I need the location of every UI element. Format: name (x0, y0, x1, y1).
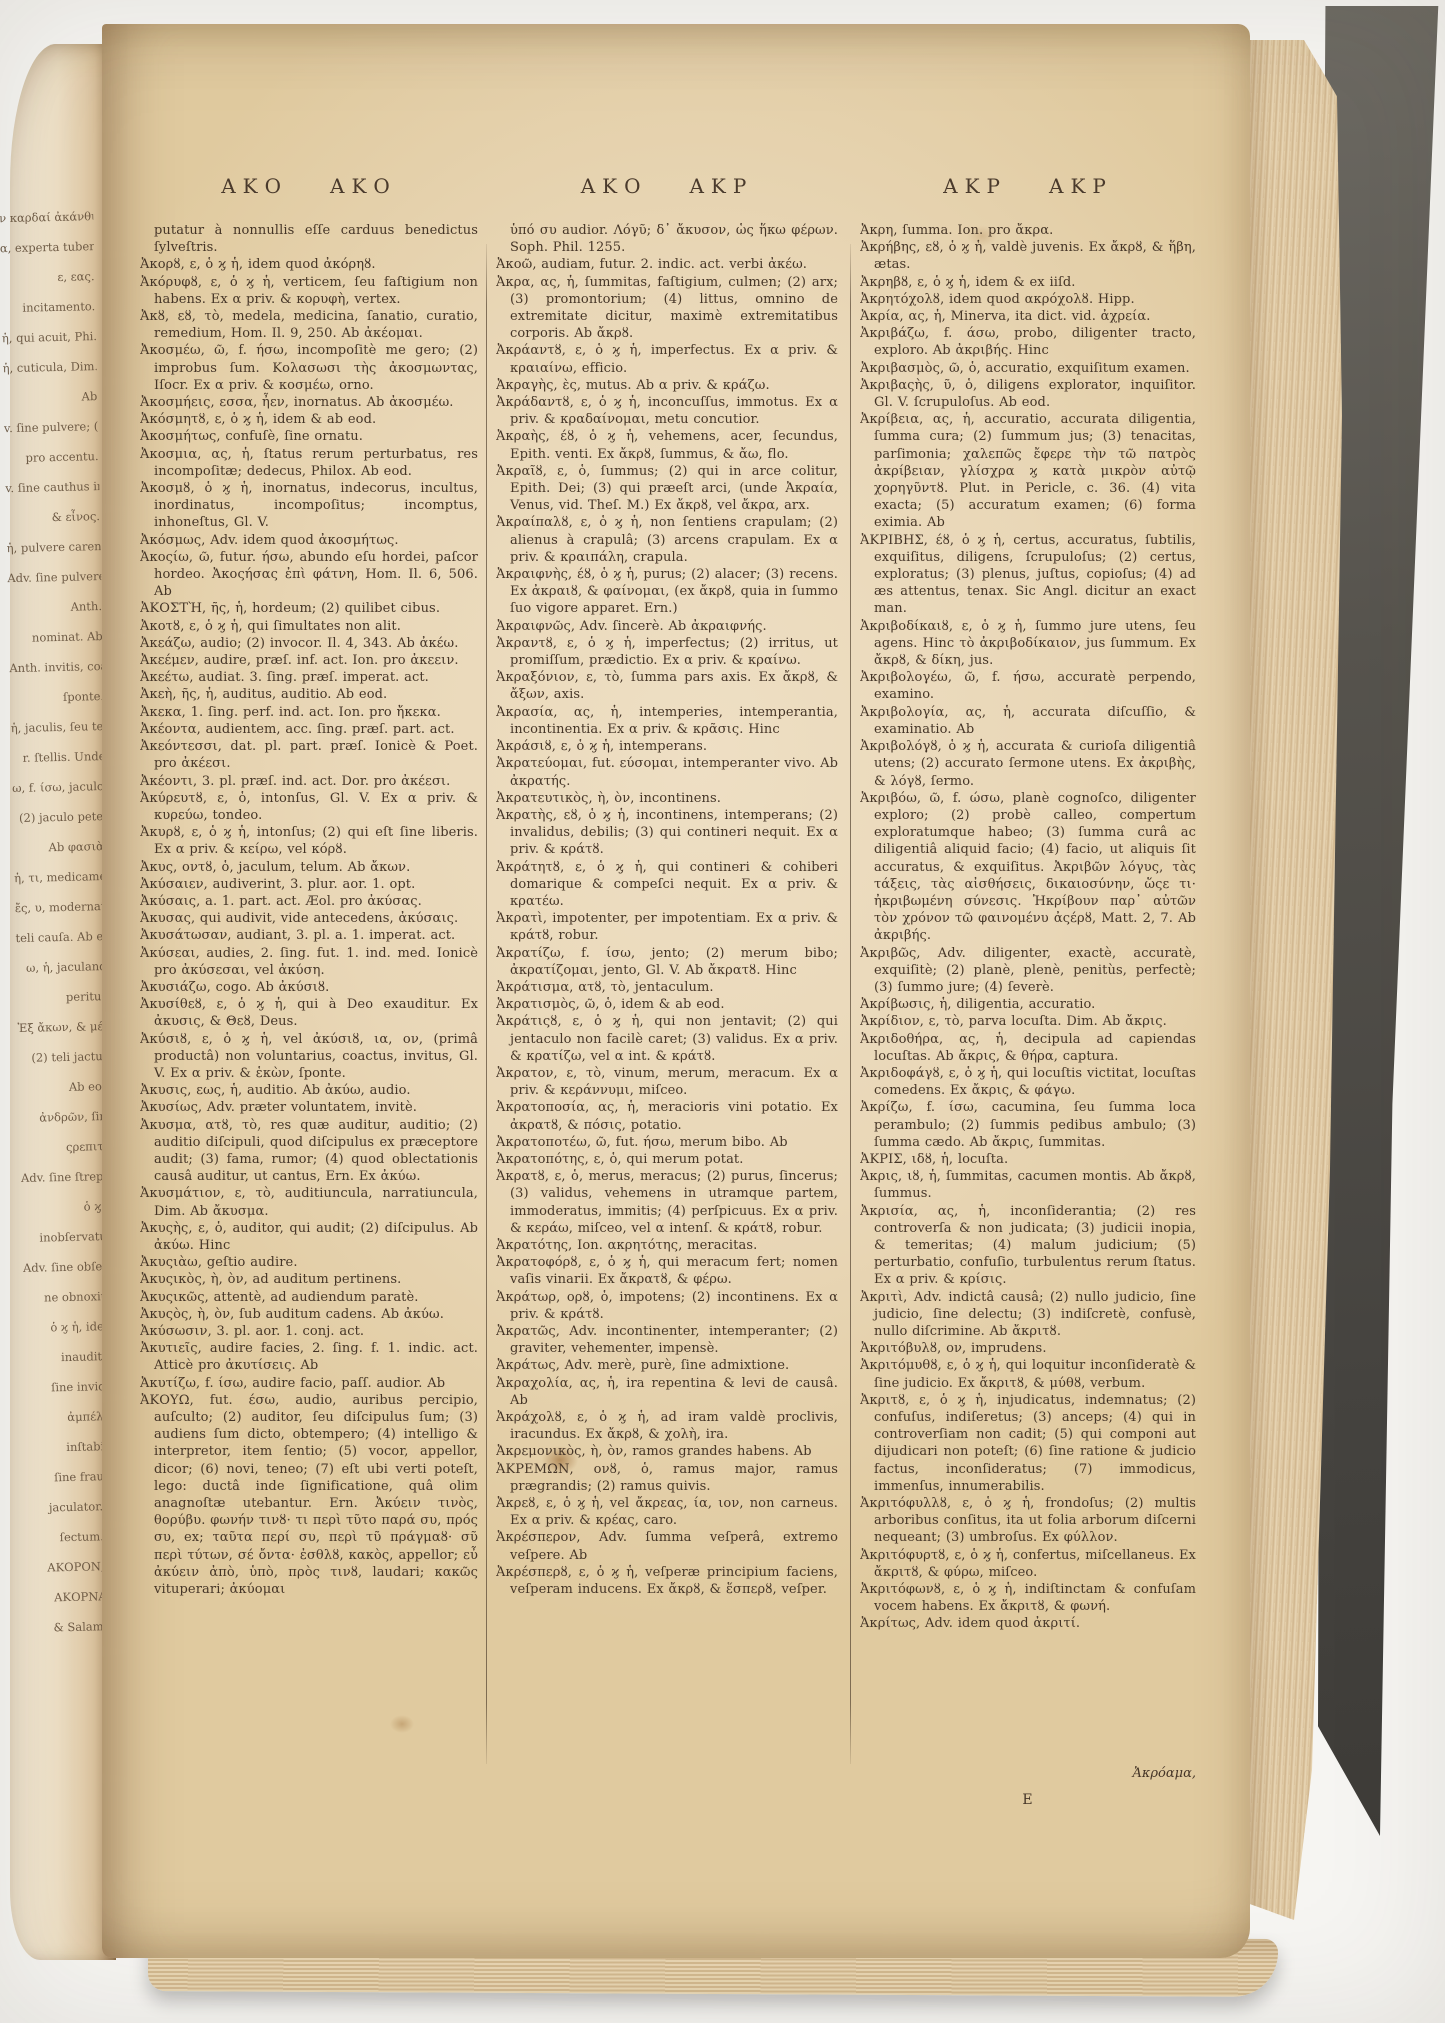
running-head-text: ΑΚΟ (581, 174, 648, 198)
dictionary-entry: Ἀκεάζω, audio; (2) invocor. Il. 4, 343. … (140, 635, 478, 652)
dictionary-entry: Ἀκυς, οντȣ, ὁ, jaculum, telum. Ab ἄκων. (140, 859, 478, 876)
dictionary-entry: Ἀκυςικῶς, attentè, ad audiendum paratè. (140, 1289, 478, 1306)
dictionary-entry: Ἀκρα, ας, ἡ, ſummitas, faſtigium, culmen… (496, 274, 838, 343)
dictionary-entry: Ἀκριβολογία, ας, ἡ, accurata diſcuſſio, … (860, 704, 1196, 738)
dictionary-entry: Ἀκράτως, Adv. merè, purè, ſine admixtion… (496, 1357, 838, 1374)
cutoff-text-fragment: ω, ἡ, jaculandi (16, 951, 111, 983)
dictionary-entry: Ἀκεκα, 1. ſing. perf. ind. act. Ion. pro… (140, 704, 478, 721)
dictionary-entry: Ἀκύσιȣ, ε, ὁ ϗ ἡ, vel ἀκύσιȣ, ια, ον, (p… (140, 1031, 478, 1083)
cutoff-text-fragment: nominat. Ab (8, 621, 103, 653)
dictionary-entry: Ἀκρατὶ, impotenter, per impotentiam. Ex … (496, 910, 838, 944)
dictionary-entry: Ἀκρίζω, f. ίσω, cacumina, ſeu ſumma loca… (860, 1099, 1196, 1151)
dictionary-entry: Ἀκρατὴς, εȣ, ὁ ϗ ἡ, incontinens, intempe… (496, 807, 838, 859)
cutoff-text-fragment: r. ſtellis. Unde (11, 741, 106, 773)
dictionary-entry: Ἀκυσμάτιον, ε, τὸ, auditiuncula, narrati… (140, 1185, 478, 1219)
dictionary-entry: Ἀκοσμήεις, εσσα, ἦεν, inornatus. Ab ἀκοσ… (140, 394, 478, 411)
dictionary-entry: Ἀκυςὴς, ε, ὁ, auditor, qui audit; (2) di… (140, 1220, 478, 1254)
dictionary-entry: Ἀκέοντι, 3. pl. præſ. ind. act. Dor. pro… (140, 773, 478, 790)
cutoff-text-fragment: ἔς, υ, modernatum. (15, 891, 110, 923)
dictionary-entry: Ἀκοτȣ, ε, ὁ ϗ ἡ, qui ſimultates non alit… (140, 618, 478, 635)
dictionary-entry: Ἀκόρυφȣ, ε, ὁ ϗ ἡ, verticem, ſeu faſtigi… (140, 274, 478, 308)
dictionary-entry: Ἀκράαντȣ, ε, ὁ ϗ ἡ, imperfectus. Ex α pr… (496, 342, 838, 376)
dictionary-entry: Ἀκριτόβυλȣ, ον, imprudens. (860, 1340, 1196, 1357)
running-head-text: ΑΚΟ (330, 174, 397, 198)
dictionary-entry: Ἀκȣ, εȣ, τὸ, medela, medicina, ſanatio, … (140, 308, 478, 342)
dictionary-entry: Ἀκρίδιον, ε, τὸ, parva locuſta. Dim. Ab … (860, 1013, 1196, 1030)
dictionary-entry: Ἀκραιφνῶς, Adv. ſincerè. Ab ἀκραιφνής. (496, 618, 838, 635)
dictionary-entry: Ἀκρεȣ, ε, ὁ ϗ ἡ, vel ἄκρεας, ία, ιον, no… (496, 1495, 838, 1529)
dictionary-entry: Ἀκρατεύομαι, fut. εύσομαι, intemperanter… (496, 755, 838, 789)
cutoff-text-fragment: incitamento. (1, 291, 96, 323)
running-head-3: ΑΚΡ ΑΚΡ (860, 174, 1196, 198)
dictionary-entry: Ἀκρατῶς, Adv. incontinenter, intemperant… (496, 1323, 838, 1357)
dictionary-entry: Ἀκραξόνιον, ε, τὸ, ſumma pars axis. Ex ἄ… (496, 669, 838, 703)
cutoff-text-fragment: ἡ, qui acuit, Phi. intir. (2, 321, 97, 353)
dictionary-entry: Ἀκρατοφόρȣ, ε, ὁ ϗ ἡ, qui meracum fert; … (496, 1254, 838, 1288)
dictionary-entry: Ἀκυσμα, ατȣ, τὸ, res quæ auditur, auditi… (140, 1117, 478, 1186)
cutoff-text-fragment: ſponte. (10, 681, 105, 713)
dictionary-entry: Ἀκόσμητȣ, ε, ὁ ϗ ἡ, idem & ab eod. (140, 411, 478, 428)
running-head-1: ΑΚΟ ΑΚΟ (140, 174, 478, 198)
dictionary-entry: Ἀκρίβεια, ας, ἡ, accuratio, accurata dil… (860, 411, 1196, 531)
cutoff-text-fragment: (2) jaculo pete. (12, 801, 107, 833)
dictionary-entry: Ἀκυρȣ, ε, ὁ ϗ ἡ, intonſus; (2) qui eſt ſ… (140, 824, 478, 858)
dictionary-entry: Ἀκραὴς, έȣ, ὁ ϗ ἡ, vehemens, acer, ſecun… (496, 428, 838, 462)
dictionary-entry: Ἀκρατȣ, ε, ὁ, merus, meracus; (2) purus,… (496, 1168, 838, 1237)
cutoff-text-fragment: ν καρδαί ἀκάνθινα (0, 201, 94, 233)
column-rule-1 (486, 244, 487, 1764)
cutoff-text-fragment: ἡ, cuticula, Dim. (2, 351, 97, 383)
dictionary-entry: Ἀκριδοθήρα, ας, ἡ, decipula ad capiendas… (860, 1031, 1196, 1065)
running-head-text: ΑΚΡ (943, 174, 1007, 198)
dictionary-entry: Ἀκρατοπότης, ε, ὁ, qui merum potat. (496, 1151, 838, 1168)
dictionary-entry: Ἀκρατον, ε, τὸ, vinum, merum, meracum. E… (496, 1065, 838, 1099)
dictionary-entry: Ἀκύσεαι, audies, 2. ſing. fut. 1. ind. m… (140, 945, 478, 979)
dictionary-entry: Ἀκυτίζω, f. ίσω, audire facio, paſſ. aud… (140, 1375, 478, 1392)
running-head-text: ΑΚΡ (1049, 174, 1113, 198)
dictionary-entry: Ἀκύσαις, a. 1. part. act. Æol. pro ἀκύσα… (140, 893, 478, 910)
dictionary-entry: Ἀκρηβȣ, ε, ὁ ϗ ἡ, idem & ex iiſd. (860, 274, 1196, 291)
dictionary-entry: Ἀκριβῶς, Adv. diligenter, exactè, accura… (860, 945, 1196, 997)
dictionary-entry: Ἀκράτιςȣ, ε, ὁ ϗ ἡ, qui non jentavit; (2… (496, 1013, 838, 1065)
dictionary-entry: Ἀκέοντα, audientem, acc. ſing. præſ. par… (140, 721, 478, 738)
dictionary-entry: Ἀκραῖȣ, ε, ὁ, ſummus; (2) qui in arce co… (496, 463, 838, 515)
dictionary-entry: Ἀκράχολȣ, ε, ὁ ϗ ἡ, ad iram valdè procli… (496, 1409, 838, 1443)
dictionary-entry: Ἀκρατότης, Ion. ακρητότης, meracitas. (496, 1237, 838, 1254)
dictionary-entry: Ἀκρία, ας, ἡ, Minerva, ita dict. vid. ἀχ… (860, 308, 1196, 325)
column-1: putatur à nonnullis eſſe carduus benedic… (140, 222, 478, 1742)
running-head-text: ΑΚΟ (221, 174, 288, 198)
cutoff-text-fragment: ἡ, τι, medicamentum. (14, 861, 109, 893)
main-page: ΑΚΟ ΑΚΟ ΑΚΟ ΑΚΡ ΑΚΡ ΑΚΡ putatur à nonnul… (102, 24, 1250, 1958)
dictionary-entry: Ἀκράτωρ, ορȣ, ὁ, impotens; (2) incontine… (496, 1289, 838, 1323)
dictionary-entry: ἈΚΡΙΒΗΣ, έȣ, ὁ ϗ ἡ, certus, accuratus, ſ… (860, 532, 1196, 618)
dictionary-entry: Ἀκρίβωσις, ἡ, diligentia, accuratio. (860, 996, 1196, 1013)
dictionary-entry: Ἀκραγὴς, ὲς, mutus. Ab α priv. & κράζω. (496, 377, 838, 394)
dictionary-entry: ἈΚΡΕΜΩΝ, ονȣ, ὁ, ramus major, ramus præg… (496, 1461, 838, 1495)
dictionary-entry: Ἀκοσμέω, ῶ, f. ήσω, incompoſitè me gero;… (140, 342, 478, 394)
dictionary-entry: Ἀκεέμεν, audire, præſ. inf. act. Ion. pr… (140, 652, 478, 669)
dictionary-entry: Ἀκοσμια, ας, ἡ, ſtatus rerum perturbatus… (140, 446, 478, 480)
dictionary-entry: Ἀκυσάτωσαν, audiant, 3. pl. a. 1. impera… (140, 927, 478, 944)
dictionary-entry: Ἀκυσιάζω, cogo. Ab ἀκύσιȣ. (140, 979, 478, 996)
dictionary-entry: Ἀκριβολόγȣ, ὁ ϗ ἡ, accurata & curioſa di… (860, 738, 1196, 790)
dictionary-entry: Ἀκοῶ, audiam, futur. 2. indic. act. verb… (496, 256, 838, 273)
dictionary-entry: Ἀκριβολογέω, ῶ, f. ήσω, accuratè perpend… (860, 669, 1196, 703)
dictionary-entry: Ἀκρήβης, εȣ, ὁ ϗ ἡ, valdè juvenis. Ex ἄκ… (860, 239, 1196, 273)
dictionary-entry: ἈΚΡΙΣ, ιδȣ, ἡ, locuſta. (860, 1151, 1196, 1168)
dictionary-entry: Ἀκριτόμυθȣ, ε, ὁ ϗ ἡ, qui loquitur incon… (860, 1357, 1196, 1391)
cutoff-text-fragment: v. ſine pulvere; (1) (4, 411, 99, 443)
cutoff-text-fragment: peritus. (17, 981, 112, 1013)
running-head-text: ΑΚΡ (689, 174, 753, 198)
dictionary-entry: Ἀκραίπαλȣ, ε, ὁ ϗ ἡ, non ſentiens crapul… (496, 514, 838, 566)
catchword: Ἀκρόαμα, (860, 1766, 1196, 1781)
dictionary-entry: Ἀκεέτω, audiat. 3. ſing. præſ. imperat. … (140, 669, 478, 686)
dictionary-entry: Ἀκριβάζω, f. άσω, probo, diligenter trac… (860, 325, 1196, 359)
dictionary-entry: Ἀκράδαντȣ, ε, ὁ ϗ ἡ, inconcuſſus, immotu… (496, 394, 838, 428)
dictionary-entry: Ἀκρητόχολȣ, idem quod ακρόχολȣ. Hipp. (860, 291, 1196, 308)
dictionary-entry: Ἀκρη, ſumma. Ion. pro ἄκρα. (860, 222, 1196, 239)
dictionary-entry: Ἀκοςίω, ῶ, futur. ήσω, abundo eſu hordei… (140, 549, 478, 601)
cutoff-text-fragment: ςρεπιτυ. (20, 1131, 115, 1163)
dictionary-entry: Ἀκρέσπερον, Adv. ſumma veſperâ, extremo … (496, 1529, 838, 1563)
dictionary-entry: Ἀκρις, ιȣ, ἡ, ſummitas, cacumen montis. … (860, 1168, 1196, 1202)
dictionary-entry: Ἀκρασία, ας, ἡ, intemperies, intemperant… (496, 704, 838, 738)
cutoff-text-fragment: Ἐξ ἄκων, & μέλω. (17, 1011, 112, 1043)
dictionary-entry: Ἀκρατοποτέω, ῶ, fut. ήσω, merum bibo. Ab (496, 1134, 838, 1151)
dictionary-entry: Ἀκυτιεῖς, audire facies, 2. ſing. f. 1. … (140, 1340, 478, 1374)
dictionary-entry: ἈΚΟΥΩ, fut. έσω, audio, auribus percipio… (140, 1392, 478, 1598)
dictionary-entry: Ἀκρατοποσία, ας, ἡ, meracioris vini pota… (496, 1099, 838, 1133)
dictionary-entry: Ἀκρέσπερȣ, ε, ὁ ϗ ἡ, veſperæ principium … (496, 1564, 838, 1598)
cutoff-text-fragment: Ab φασιὰ. (13, 831, 108, 863)
cutoff-text-fragment: Ab eod. (19, 1071, 114, 1103)
signature-mark: E (860, 1792, 1196, 1808)
dictionary-entry: Ἀκριβασμὸς, ῶ, ὁ, accuratio, exquiſitum … (860, 360, 1196, 377)
dictionary-entry: ὑπό συ audior. Λόγῦ; δ᾽ ἄκυσον, ὡς ἥκω φ… (496, 222, 838, 256)
dictionary-entry: Ἀκράτισμα, ατȣ, τὸ, jentaculum. (496, 979, 838, 996)
dictionary-entry: Ἀκραντȣ, ε, ὁ ϗ ἡ, imperfectus; (2) irri… (496, 635, 838, 669)
dictionary-entry: Ἀκράτητȣ, ε, ὁ ϗ ἡ, qui contineri & cohi… (496, 859, 838, 911)
dictionary-entry: Ἀκυςὸς, ὴ, ὸν, ſub auditum cadens. Ab ἀκ… (140, 1306, 478, 1323)
cutoff-text-fragment: ἡ, jaculis, ſeu telis. (10, 711, 105, 743)
dictionary-entry: Ἀκρατισμὸς, ῶ, ὁ, idem & ab eod. (496, 996, 838, 1013)
cutoff-text-fragment: Anth. (8, 591, 103, 623)
dictionary-entry: Ἀκρατευτικὸς, ὴ, ὸν, incontinens. (496, 790, 838, 807)
dictionary-entry: Ἀκρεμονικὸς, ὴ, ὸν, ramos grandes habens… (496, 1443, 838, 1460)
dictionary-entry: Ἀκεόντεσσι, dat. pl. part. præſ. Ionicè … (140, 738, 478, 772)
dictionary-entry: Ἀκοσμȣ, ὁ ϗ ἡ, inornatus, indecorus, inc… (140, 480, 478, 532)
dictionary-entry: Ἀκριβόω, ῶ, f. ώσω, planè cognoſco, dili… (860, 790, 1196, 945)
dictionary-entry: Ἀκυςικὸς, ὴ, ὸν, ad auditum pertinens. (140, 1271, 478, 1288)
dictionary-entry: Ἀκριβοδίκαιȣ, ε, ὁ ϗ ἡ, ſummo jure utens… (860, 618, 1196, 670)
column-3: Ἀκρη, ſumma. Ion. pro ἄκρα.Ἀκρήβης, εȣ, … (860, 222, 1196, 1742)
cutoff-text-fragment: pro accentu. (4, 441, 99, 473)
cutoff-text-fragment: teli cauſa. Ab eod. (15, 921, 110, 953)
cutoff-text-fragment: (2) teli jactus. (18, 1041, 113, 1073)
dictionary-entry: Ἀκριβαςὴς, ῦ, ὁ, diligens explorator, in… (860, 377, 1196, 411)
dictionary-entry: Ἀκύσωσιν, 3. pl. aor. 1. conj. act. (140, 1323, 478, 1340)
dictionary-entry: Ἀκυσίως, Adv. præter voluntatem, invitè. (140, 1099, 478, 1116)
dictionary-entry: Ἀκεὴ, ῆς, ἡ, auditus, auditio. Ab eod. (140, 686, 478, 703)
running-head-2: ΑΚΟ ΑΚΡ (496, 174, 838, 198)
left-page-edge: ν καρδαί ἀκάνθιναα, experta tuberum.ε, ε… (10, 44, 116, 1960)
cutoff-text-fragment: ἀνδρῶν, ſine (19, 1101, 114, 1133)
cutoff-text-fragment: v. ſine cauthus inſ. (5, 471, 100, 503)
dictionary-entry: Ἀκραιφνὴς, έȣ, ὁ ϗ ἡ, purus; (2) alacer;… (496, 566, 838, 618)
cutoff-text-fragment: α, experta tuberum. (0, 231, 94, 263)
column-rule-2 (850, 244, 851, 1764)
dictionary-entry: Ἀκύσαιεν, audiverint, 3. plur. aor. 1. o… (140, 876, 478, 893)
dictionary-entry: Ἀκραχολία, ας, ἡ, ira repentina & levi d… (496, 1375, 838, 1409)
dictionary-entry: Ἀκράσιȣ, ε, ὁ ϗ ἡ, intemperans. (496, 738, 838, 755)
dictionary-entry: Ἀκυσις, εως, ἡ, auditio. Ab ἀκύω, audio. (140, 1082, 478, 1099)
dictionary-entry: Ἀκυσίθεȣ, ε, ὁ ϗ ἡ, qui à Deo exauditur.… (140, 996, 478, 1030)
cutoff-text-fragment: Adv. ſine pulvere. (7, 561, 102, 593)
dictionary-entry: Ἀκυσας, qui audivit, vide antecedens, ἀκ… (140, 910, 478, 927)
dictionary-entry: Ἀκρίτως, Adv. idem quod ἀκριτί. (860, 1615, 1196, 1632)
cutoff-text-fragment: ἡ, pulvere carens; (6, 531, 101, 563)
dictionary-entry: Ἀκορȣ, ε, ὁ ϗ ἡ, idem quod ἀκόρηȣ. (140, 256, 478, 273)
dictionary-entry: ἈΚΟΣΤῊ, ῆς, ἡ, hordeum; (2) quilibet cib… (140, 600, 478, 617)
dictionary-entry: Ἀκριτȣ, ε, ὁ ϗ ἡ, injudicatus, indemnatu… (860, 1392, 1196, 1495)
dictionary-entry: putatur à nonnullis eſſe carduus benedic… (140, 222, 478, 256)
dictionary-entry: Ἀκριδοφάγȣ, ε, ὁ ϗ ἡ, qui locuſtis victi… (860, 1065, 1196, 1099)
dictionary-entry: Ἀκριτόφωνȣ, ε, ὁ ϗ ἡ, indiſtinctam & con… (860, 1581, 1196, 1615)
dictionary-entry: Ἀκυςιὰω, geſtio audire. (140, 1254, 478, 1271)
dictionary-entry: Ἀκόσμως, Adv. idem quod ἀκοσμήτως. (140, 532, 478, 549)
book-photo: ν καρδαί ἀκάνθιναα, experta tuberum.ε, ε… (0, 0, 1445, 2023)
dictionary-entry: Ἀκοσμήτως, confuſè, ſine ornatu. (140, 428, 478, 445)
dictionary-entry: Ἀκύρευτȣ, ε, ὁ, intonſus, Gl. V. Ex α pr… (140, 790, 478, 824)
column-2: ὑπό συ audior. Λόγῦ; δ᾽ ἄκυσον, ὡς ἥκω φ… (496, 222, 838, 1742)
cutoff-text-fragment: ω, f. ίσω, jaculor. (12, 771, 107, 803)
cutoff-text-fragment: & εἶνος. (6, 501, 101, 533)
cutoff-text-fragment: Ab (3, 381, 98, 413)
cutoff-text-fragment: ε, εας. (0, 261, 95, 293)
cutoff-text-fragment: Anth. invitis, coactis. (9, 651, 104, 683)
dictionary-entry: Ἀκρατίζω, f. ίσω, jento; (2) merum bibo;… (496, 945, 838, 979)
dictionary-entry: Ἀκριτόφυλλȣ, ε, ὁ ϗ ἡ, frondoſus; (2) mu… (860, 1495, 1196, 1547)
dictionary-entry: Ἀκρισία, ας, ἡ, inconſiderantia; (2) res… (860, 1203, 1196, 1289)
dictionary-entry: Ἀκριτόφυρτȣ, ε, ὁ ϗ ἡ, confertus, miſcel… (860, 1547, 1196, 1581)
dictionary-entry: Ἀκριτὶ, Adv. indictâ causâ; (2) nullo ju… (860, 1289, 1196, 1341)
